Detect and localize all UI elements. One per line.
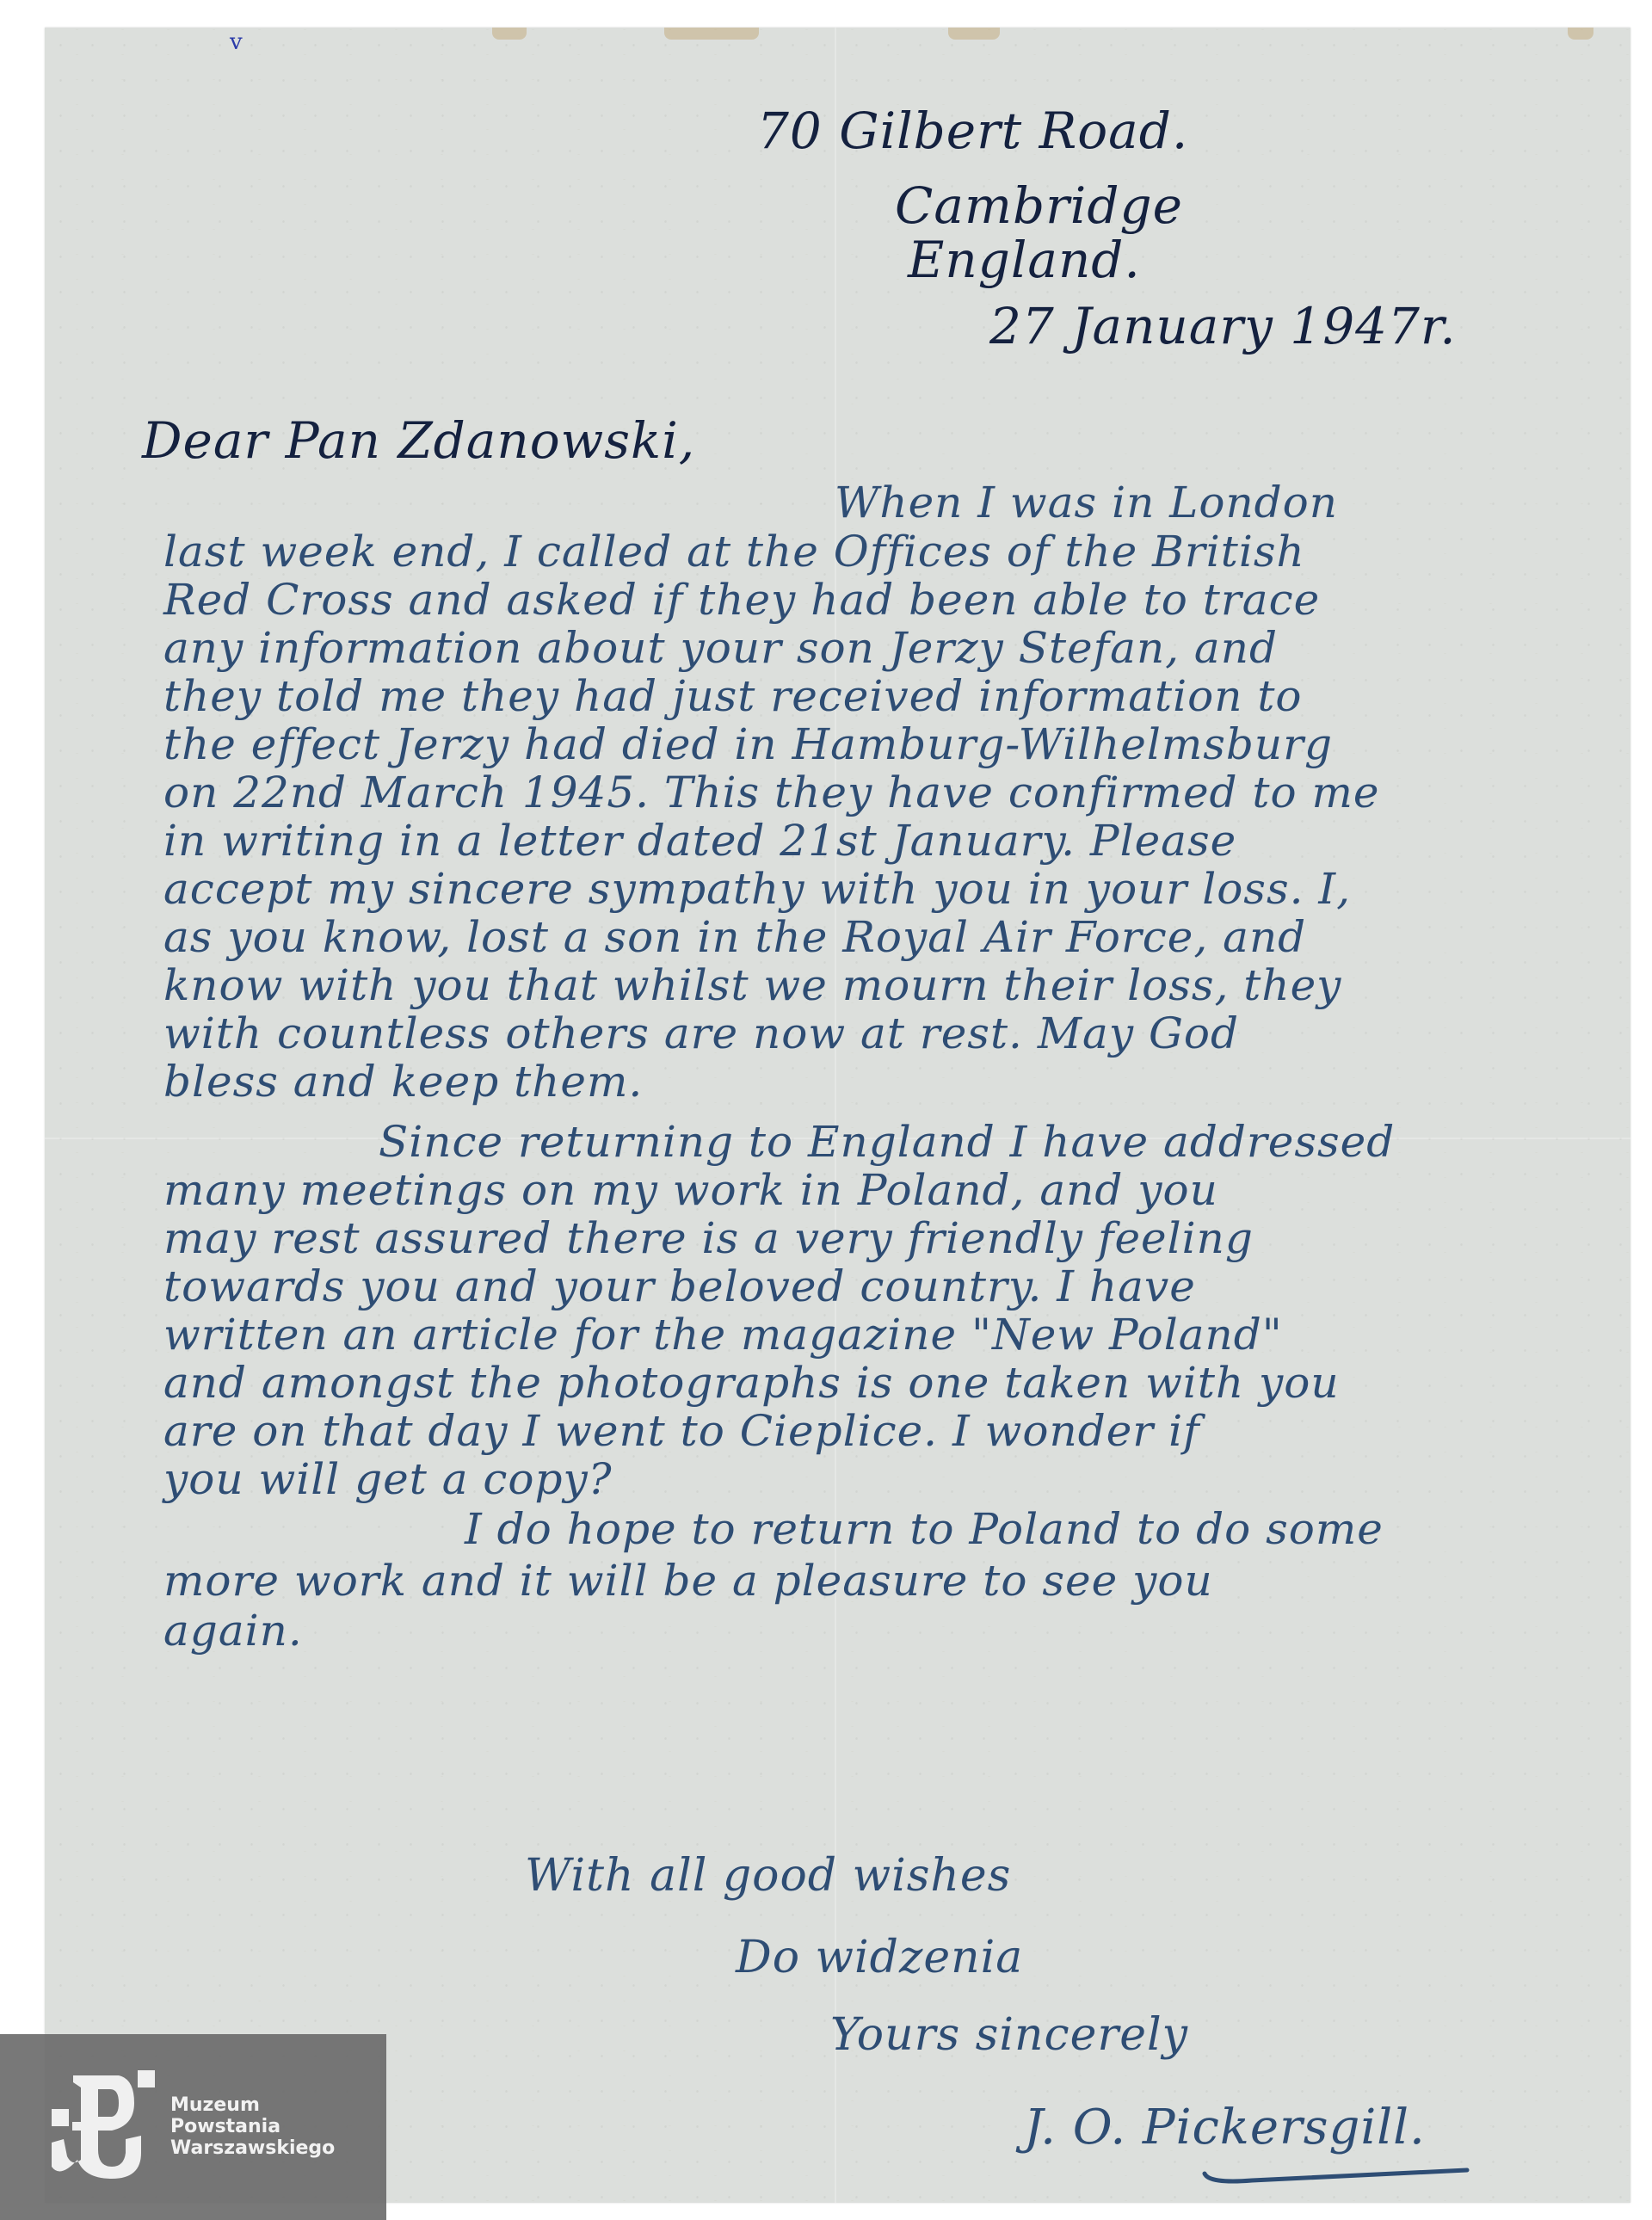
body-line: with countless others are now at rest. M…: [163, 1008, 1239, 1058]
closing-farewell: Do widzenia: [736, 1932, 1023, 1983]
body-line: When I was in London: [835, 478, 1338, 527]
body-line: written an article for the magazine "New…: [163, 1310, 1283, 1360]
body-line: may rest assured there is a very friendl…: [163, 1213, 1254, 1263]
body-line: Red Cross and asked if they had been abl…: [163, 575, 1320, 625]
body-line: bless and keep them.: [163, 1057, 643, 1107]
body-line: as you know, lost a son in the Royal Air…: [163, 912, 1306, 962]
museum-name-line1: Muzeum: [170, 2094, 335, 2116]
museum-name: Muzeum Powstania Warszawskiego: [170, 2094, 335, 2159]
closing-wishes: With all good wishes: [525, 1850, 1011, 1902]
signature-underline: [1200, 2167, 1476, 2186]
ink-mark: v: [230, 29, 243, 55]
museum-name-line2: Powstania: [170, 2116, 335, 2137]
body-line: last week end, I called at the Offices o…: [163, 527, 1305, 577]
address-country: England.: [908, 231, 1141, 289]
museum-watermark: Muzeum Powstania Warszawskiego: [0, 2034, 386, 2220]
body-line: Since returning to England I have addres…: [379, 1117, 1395, 1167]
body-line: in writing in a letter dated 21st Januar…: [163, 816, 1236, 866]
body-line: towards you and your beloved country. I …: [163, 1261, 1196, 1311]
salutation: Dear Pan Zdanowski,: [142, 411, 695, 470]
body-line: any information about your son Jerzy Ste…: [163, 623, 1278, 673]
kotwica-anchor-logo-icon: [52, 2070, 155, 2180]
signature: J. O. Pickersgill.: [1024, 2100, 1426, 2155]
body-line: they told me they had just received info…: [163, 671, 1303, 721]
body-line: I do hope to return to Poland to do some: [465, 1504, 1384, 1554]
body-line: are on that day I went to Cieplice. I wo…: [163, 1406, 1200, 1456]
body-line: many meetings on my work in Poland, and …: [163, 1165, 1218, 1215]
address-city: Cambridge: [895, 176, 1183, 235]
body-line: and amongst the photographs is one taken…: [163, 1358, 1340, 1408]
paper-stain: [492, 28, 527, 40]
paper-stain: [948, 28, 1000, 40]
paper-stain: [664, 28, 759, 40]
body-line: more work and it will be a pleasure to s…: [163, 1556, 1213, 1606]
body-line: you will get a copy?: [163, 1454, 613, 1504]
body-line: again.: [163, 1606, 303, 1656]
address-street: 70 Gilbert Road.: [757, 102, 1188, 160]
letter-date: 27 January 1947r.: [989, 297, 1457, 355]
paper-stain: [1568, 28, 1593, 40]
body-line: on 22nd March 1945. This they have confi…: [163, 768, 1380, 817]
body-line: accept my sincere sympathy with you in y…: [163, 864, 1351, 914]
museum-name-line3: Warszawskiego: [170, 2137, 335, 2159]
body-line: the effect Jerzy had died in Hamburg-Wil…: [163, 719, 1333, 769]
closing-yours: Yours sincerely: [830, 2009, 1188, 2061]
body-line: know with you that whilst we mourn their…: [163, 960, 1341, 1010]
